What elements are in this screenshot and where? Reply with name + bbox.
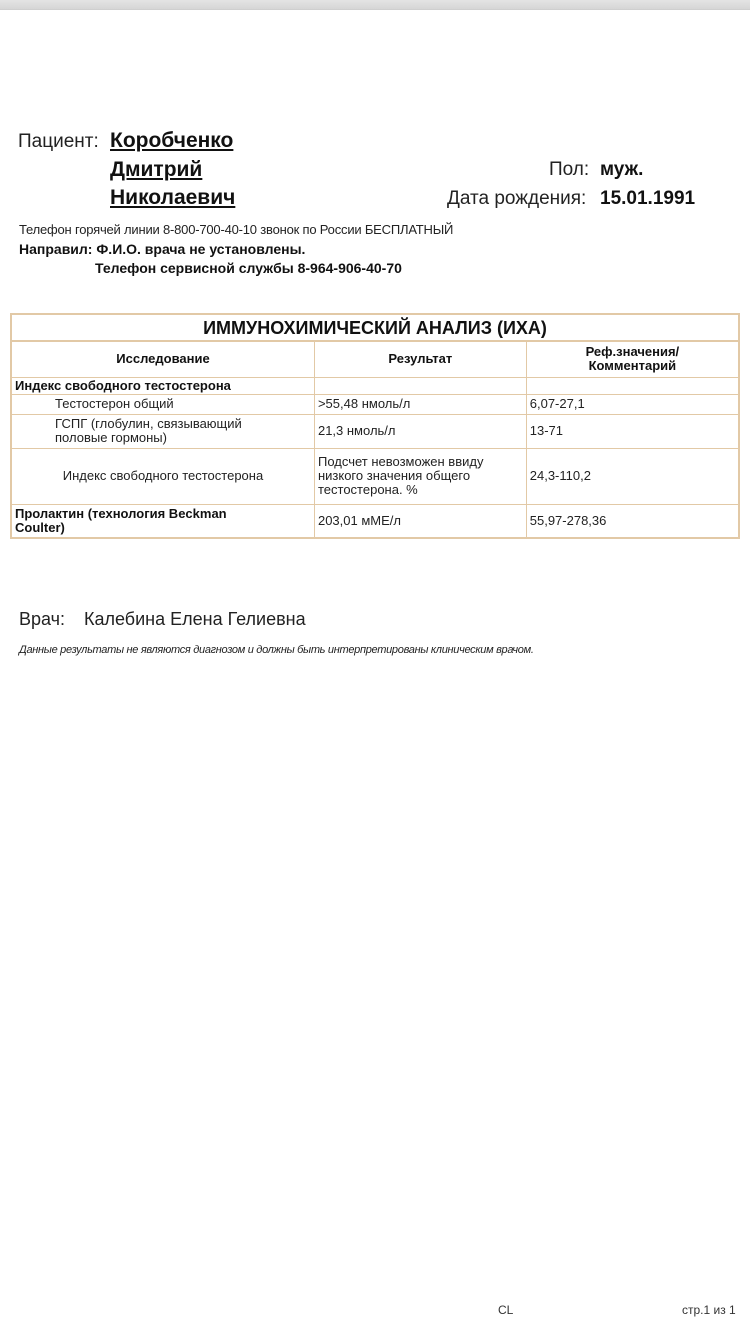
table-title: ИММУНОХИМИЧЕСКИЙ АНАЛИЗ (ИХА) <box>11 314 739 341</box>
test-name-text: ГСПГ (глобулин, связывающий половые горм… <box>55 417 275 445</box>
table-row: Тестостерон общий >55,48 нмоль/л 6,07-27… <box>11 394 739 414</box>
hotline-text: Телефон горячей линии 8-800-700-40-10 зв… <box>19 222 453 237</box>
patient-patronymic: Николаевич <box>110 186 235 210</box>
empty-cell <box>526 377 739 394</box>
header-test: Исследование <box>11 341 314 377</box>
test-name: ГСПГ (глобулин, связывающий половые горм… <box>11 414 314 448</box>
test-name-text: Пролактин (технология Beckman Coulter) <box>15 507 265 535</box>
empty-cell <box>314 377 526 394</box>
test-name: Индекс свободного тестостерона <box>11 448 314 504</box>
lab-report-page: Пациент: Коробченко Дмитрий Николаевич П… <box>0 0 750 1334</box>
page-number: стр.1 из 1 <box>682 1303 736 1317</box>
header-ref: Реф.значения/ Комментарий <box>526 341 739 377</box>
disclaimer-text: Данные результаты не являются диагнозом … <box>19 644 534 656</box>
table-row: ГСПГ (глобулин, связывающий половые горм… <box>11 414 739 448</box>
test-result: 21,3 нмоль/л <box>314 414 526 448</box>
test-ref: 24,3-110,2 <box>526 448 739 504</box>
table-group-row: Индекс свободного тестостерона <box>11 377 739 394</box>
patient-label: Пациент: <box>18 131 99 153</box>
doctor-name: Калебина Елена Гелиевна <box>84 609 306 630</box>
patient-last-name: Коробченко <box>110 129 233 153</box>
table-row: Пролактин (технология Beckman Coulter) 2… <box>11 504 739 538</box>
patient-first-name: Дмитрий <box>110 158 202 182</box>
test-result: Подсчет невозможен ввиду низкого значени… <box>314 448 526 504</box>
group-label: Индекс свободного тестостерона <box>11 377 314 394</box>
sex-label: Пол: <box>549 159 589 181</box>
header-ref-text: Реф.значения/ Комментарий <box>572 345 692 373</box>
doctor-label: Врач: <box>19 609 65 630</box>
results-table: ИММУНОХИМИЧЕСКИЙ АНАЛИЗ (ИХА) Исследован… <box>10 313 740 539</box>
test-result: >55,48 нмоль/л <box>314 394 526 414</box>
test-name: Тестостерон общий <box>11 394 314 414</box>
test-ref: 55,97-278,36 <box>526 504 739 538</box>
test-result-text: Подсчет невозможен ввиду низкого значени… <box>318 455 508 497</box>
test-ref: 13-71 <box>526 414 739 448</box>
dob-value: 15.01.1991 <box>600 188 695 210</box>
table-row: Индекс свободного тестостерона Подсчет н… <box>11 448 739 504</box>
sex-value: муж. <box>600 159 643 181</box>
footer-code: CL <box>498 1303 513 1317</box>
test-ref: 6,07-27,1 <box>526 394 739 414</box>
test-result: 203,01 мМЕ/л <box>314 504 526 538</box>
header-result: Результат <box>314 341 526 377</box>
service-phone-text: Телефон сервисной службы 8-964-906-40-70 <box>95 260 402 276</box>
test-name: Пролактин (технология Beckman Coulter) <box>11 504 314 538</box>
dob-label: Дата рождения: <box>447 188 586 210</box>
referrer-text: Направил: Ф.И.О. врача не установлены. <box>19 241 305 257</box>
